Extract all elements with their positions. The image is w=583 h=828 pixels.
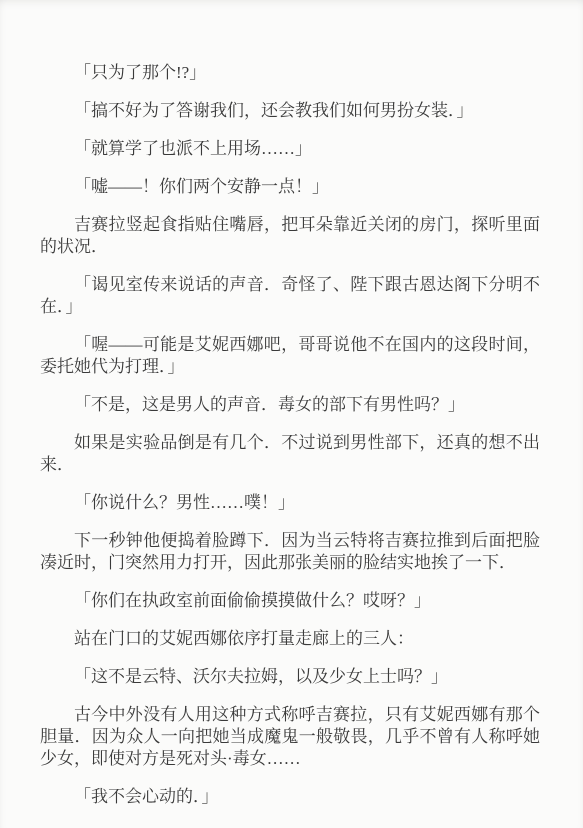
paragraph: 「你们在执政室前面偷偷摸摸做什么？哎呀？」 (40, 590, 540, 612)
paragraph: 「谒见室传来说话的声音．奇怪了、陛下跟古恩达阁下分明不在．」 (40, 274, 540, 318)
paragraph: 「喔——可能是艾妮西娜吧，哥哥说他不在国内的这段时间，委托她代为打理．」 (40, 334, 540, 378)
text-body: 「只为了那个!?」「搞不好为了答谢我们，还会教我们如何男扮女装．」「就算学了也派… (40, 62, 540, 808)
paragraph: 古今中外没有人用这种方式称呼吉赛拉，只有艾妮西娜有那个胆量．因为众人一向把她当成… (40, 704, 540, 770)
paragraph: 下一秒钟他便捣着脸蹲下．因为当云特将吉赛拉推到后面把脸凑近时，门突然用力打开，因… (40, 530, 540, 574)
novel-page: 「只为了那个!?」「搞不好为了答谢我们，还会教我们如何男扮女装．」「就算学了也派… (0, 0, 583, 828)
paragraph: 「你说什么？男性……噗！」 (40, 492, 540, 514)
paragraph: 「就算学了也派不上用场……」 (40, 138, 540, 160)
paragraph: 「这不是云特、沃尔夫拉姆，以及少女上士吗？」 (40, 666, 540, 688)
paragraph: 「不是，这是男人的声音．毒女的部下有男性吗？」 (40, 394, 540, 416)
paragraph: 吉赛拉竖起食指贴住嘴唇，把耳朵靠近关闭的房门，探听里面的状况． (40, 214, 540, 258)
paragraph: 「嘘——！你们两个安静一点！」 (40, 176, 540, 198)
paragraph: 「只为了那个!?」 (40, 62, 540, 84)
paragraph: 「我不会心动的．」 (40, 786, 540, 808)
paragraph: 如果是实验品倒是有几个．不过说到男性部下，还真的想不出来． (40, 432, 540, 476)
paragraph: 「搞不好为了答谢我们，还会教我们如何男扮女装．」 (40, 100, 540, 122)
paragraph: 站在门口的艾妮西娜依序打量走廊上的三人： (40, 628, 540, 650)
